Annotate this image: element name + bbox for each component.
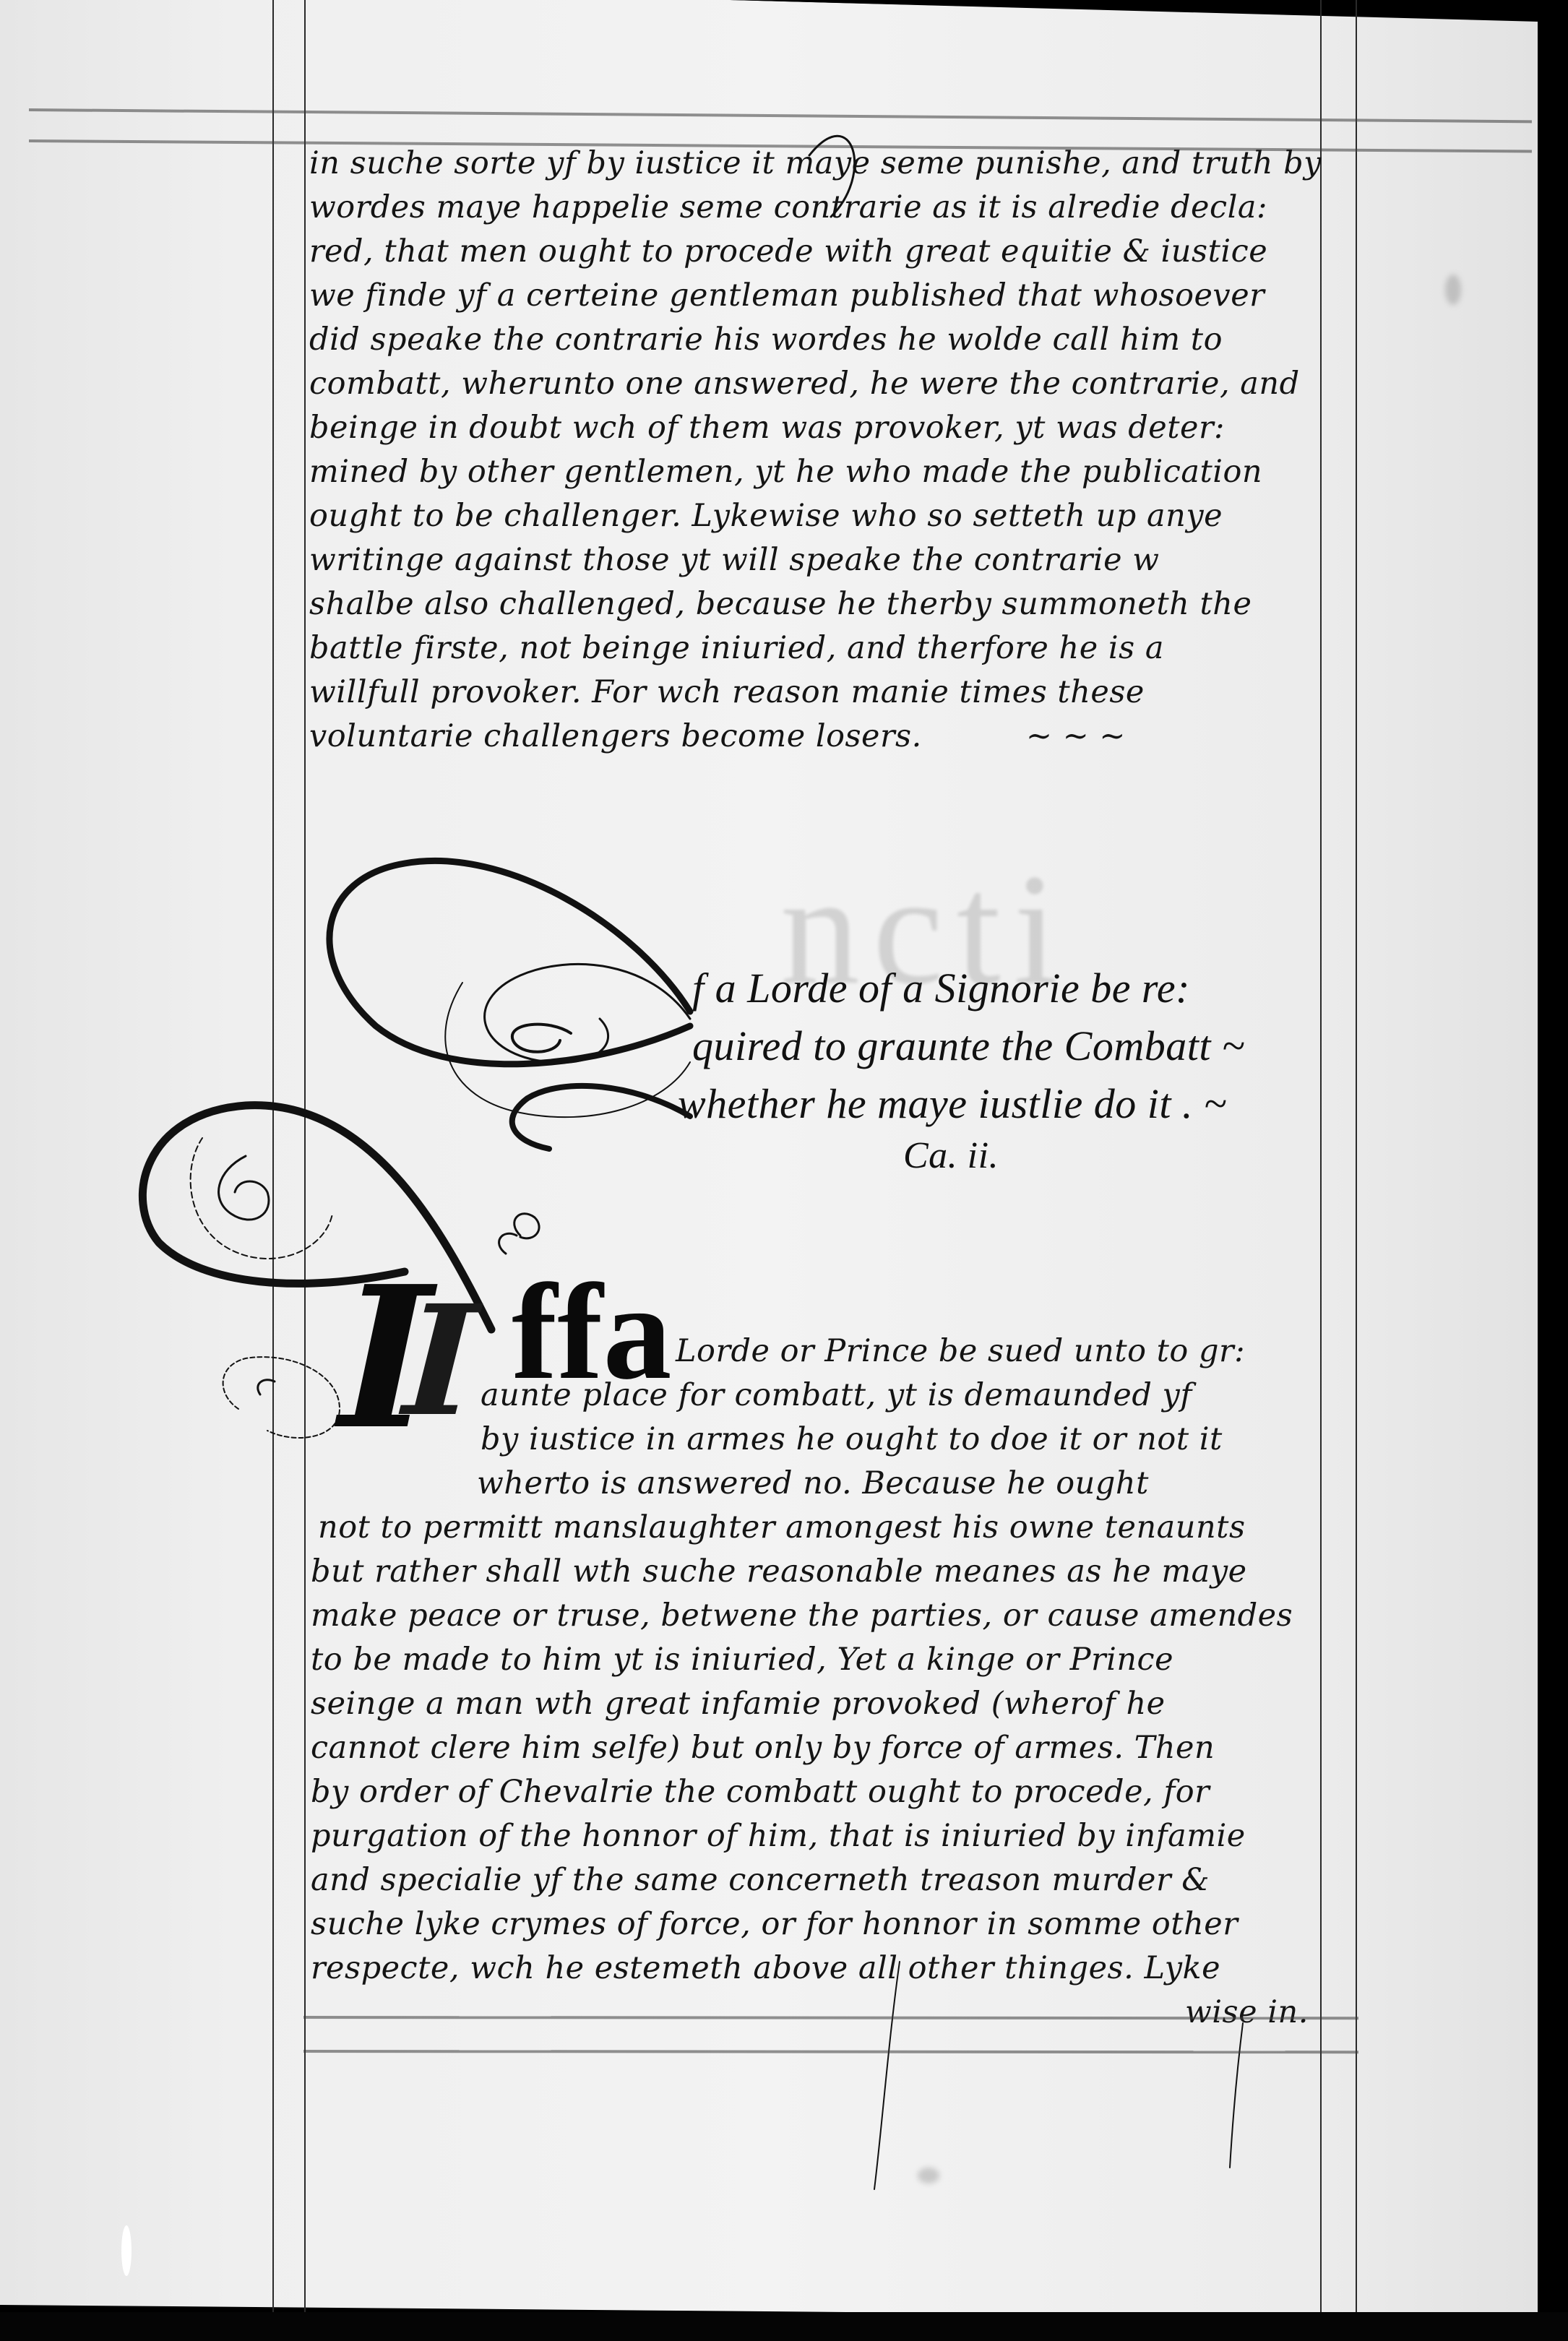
text-line: voluntarie challengers become losers.	[309, 715, 922, 758]
left-margin-rule-outer	[272, 0, 274, 2312]
text-line: and specialie yf the same concerneth tre…	[311, 1858, 1210, 1902]
text-line: we finde yf a certeine gentleman publish…	[309, 274, 1265, 317]
right-margin-rule-inner	[1320, 0, 1322, 2312]
paper-stain	[918, 2168, 939, 2183]
text-line: Lorde or Prince be sued unto to gr:	[676, 1329, 1245, 1373]
line-filler-mark: ~ ~ ~	[1026, 715, 1126, 758]
text-line: red, that men ought to procede with grea…	[309, 230, 1267, 273]
text-line: by iustice in armes he ought to doe it o…	[481, 1418, 1223, 1461]
text-line: ought to be challenger. Lykewise who so …	[309, 494, 1223, 538]
text-line: not to permitt manslaughter amongest his…	[318, 1506, 1246, 1549]
text-line: beinge in doubt wch of them was provoker…	[309, 406, 1225, 449]
text-line: make peace or truse, betwene the parties…	[311, 1594, 1293, 1637]
text-line: seinge a man wth great infamie provoked …	[311, 1682, 1166, 1725]
text-line: wherto is answered no. Because he ought	[477, 1462, 1149, 1505]
text-line: but rather shall wth suche reasonable me…	[311, 1550, 1247, 1593]
text-line: to be made to him yt is iniuried, Yet a …	[311, 1638, 1173, 1681]
text-line: did speake the contrarie his wordes he w…	[309, 318, 1223, 361]
heading-line: whether he maye iustlie do it . ~	[678, 1079, 1227, 1128]
text-line: by order of Chevalrie the combatt ought …	[311, 1770, 1210, 1814]
catchword: wise in.	[1185, 1991, 1309, 2034]
text-line: shalbe also challenged, because he therb…	[309, 582, 1252, 626]
text-line: writinge against those yt will speake th…	[309, 538, 1160, 582]
left-margin-rule-inner	[304, 0, 306, 2312]
right-margin-rule-outer	[1356, 0, 1357, 2312]
scan-border-right	[1538, 0, 1568, 2341]
paper-hole	[121, 2225, 132, 2276]
text-line: willfull provoker. For wch reason manie …	[309, 671, 1145, 714]
text-line: wordes maye happelie seme contrarie as i…	[309, 186, 1267, 229]
scan-border-bottom	[0, 2312, 1568, 2341]
heading-line: f a Lorde of a Signorie be re:	[692, 964, 1190, 1012]
text-line: purgation of the honnor of him, that is …	[311, 1814, 1246, 1858]
paper-stain	[1445, 275, 1461, 305]
text-line: suche lyke crymes of force, or for honno…	[311, 1902, 1238, 1946]
text-line: in suche sorte yf by iustice it maye sem…	[309, 142, 1322, 185]
text-line: aunte place for combatt, yt is demaunded…	[481, 1374, 1192, 1417]
text-line: combatt, wherunto one answered, he were …	[309, 362, 1300, 405]
text-line: respecte, wch he estemeth above all othe…	[311, 1946, 1220, 1990]
chapter-number: Ca. ii.	[903, 1134, 999, 1177]
text-line: mined by other gentlemen, yt he who made…	[309, 450, 1262, 493]
text-line: cannot clere him selfe) but only by forc…	[311, 1726, 1215, 1769]
text-line: battle firste, not beinge iniuried, and …	[309, 626, 1164, 670]
heading-line: quired to graunte the Combatt ~	[692, 1022, 1245, 1070]
